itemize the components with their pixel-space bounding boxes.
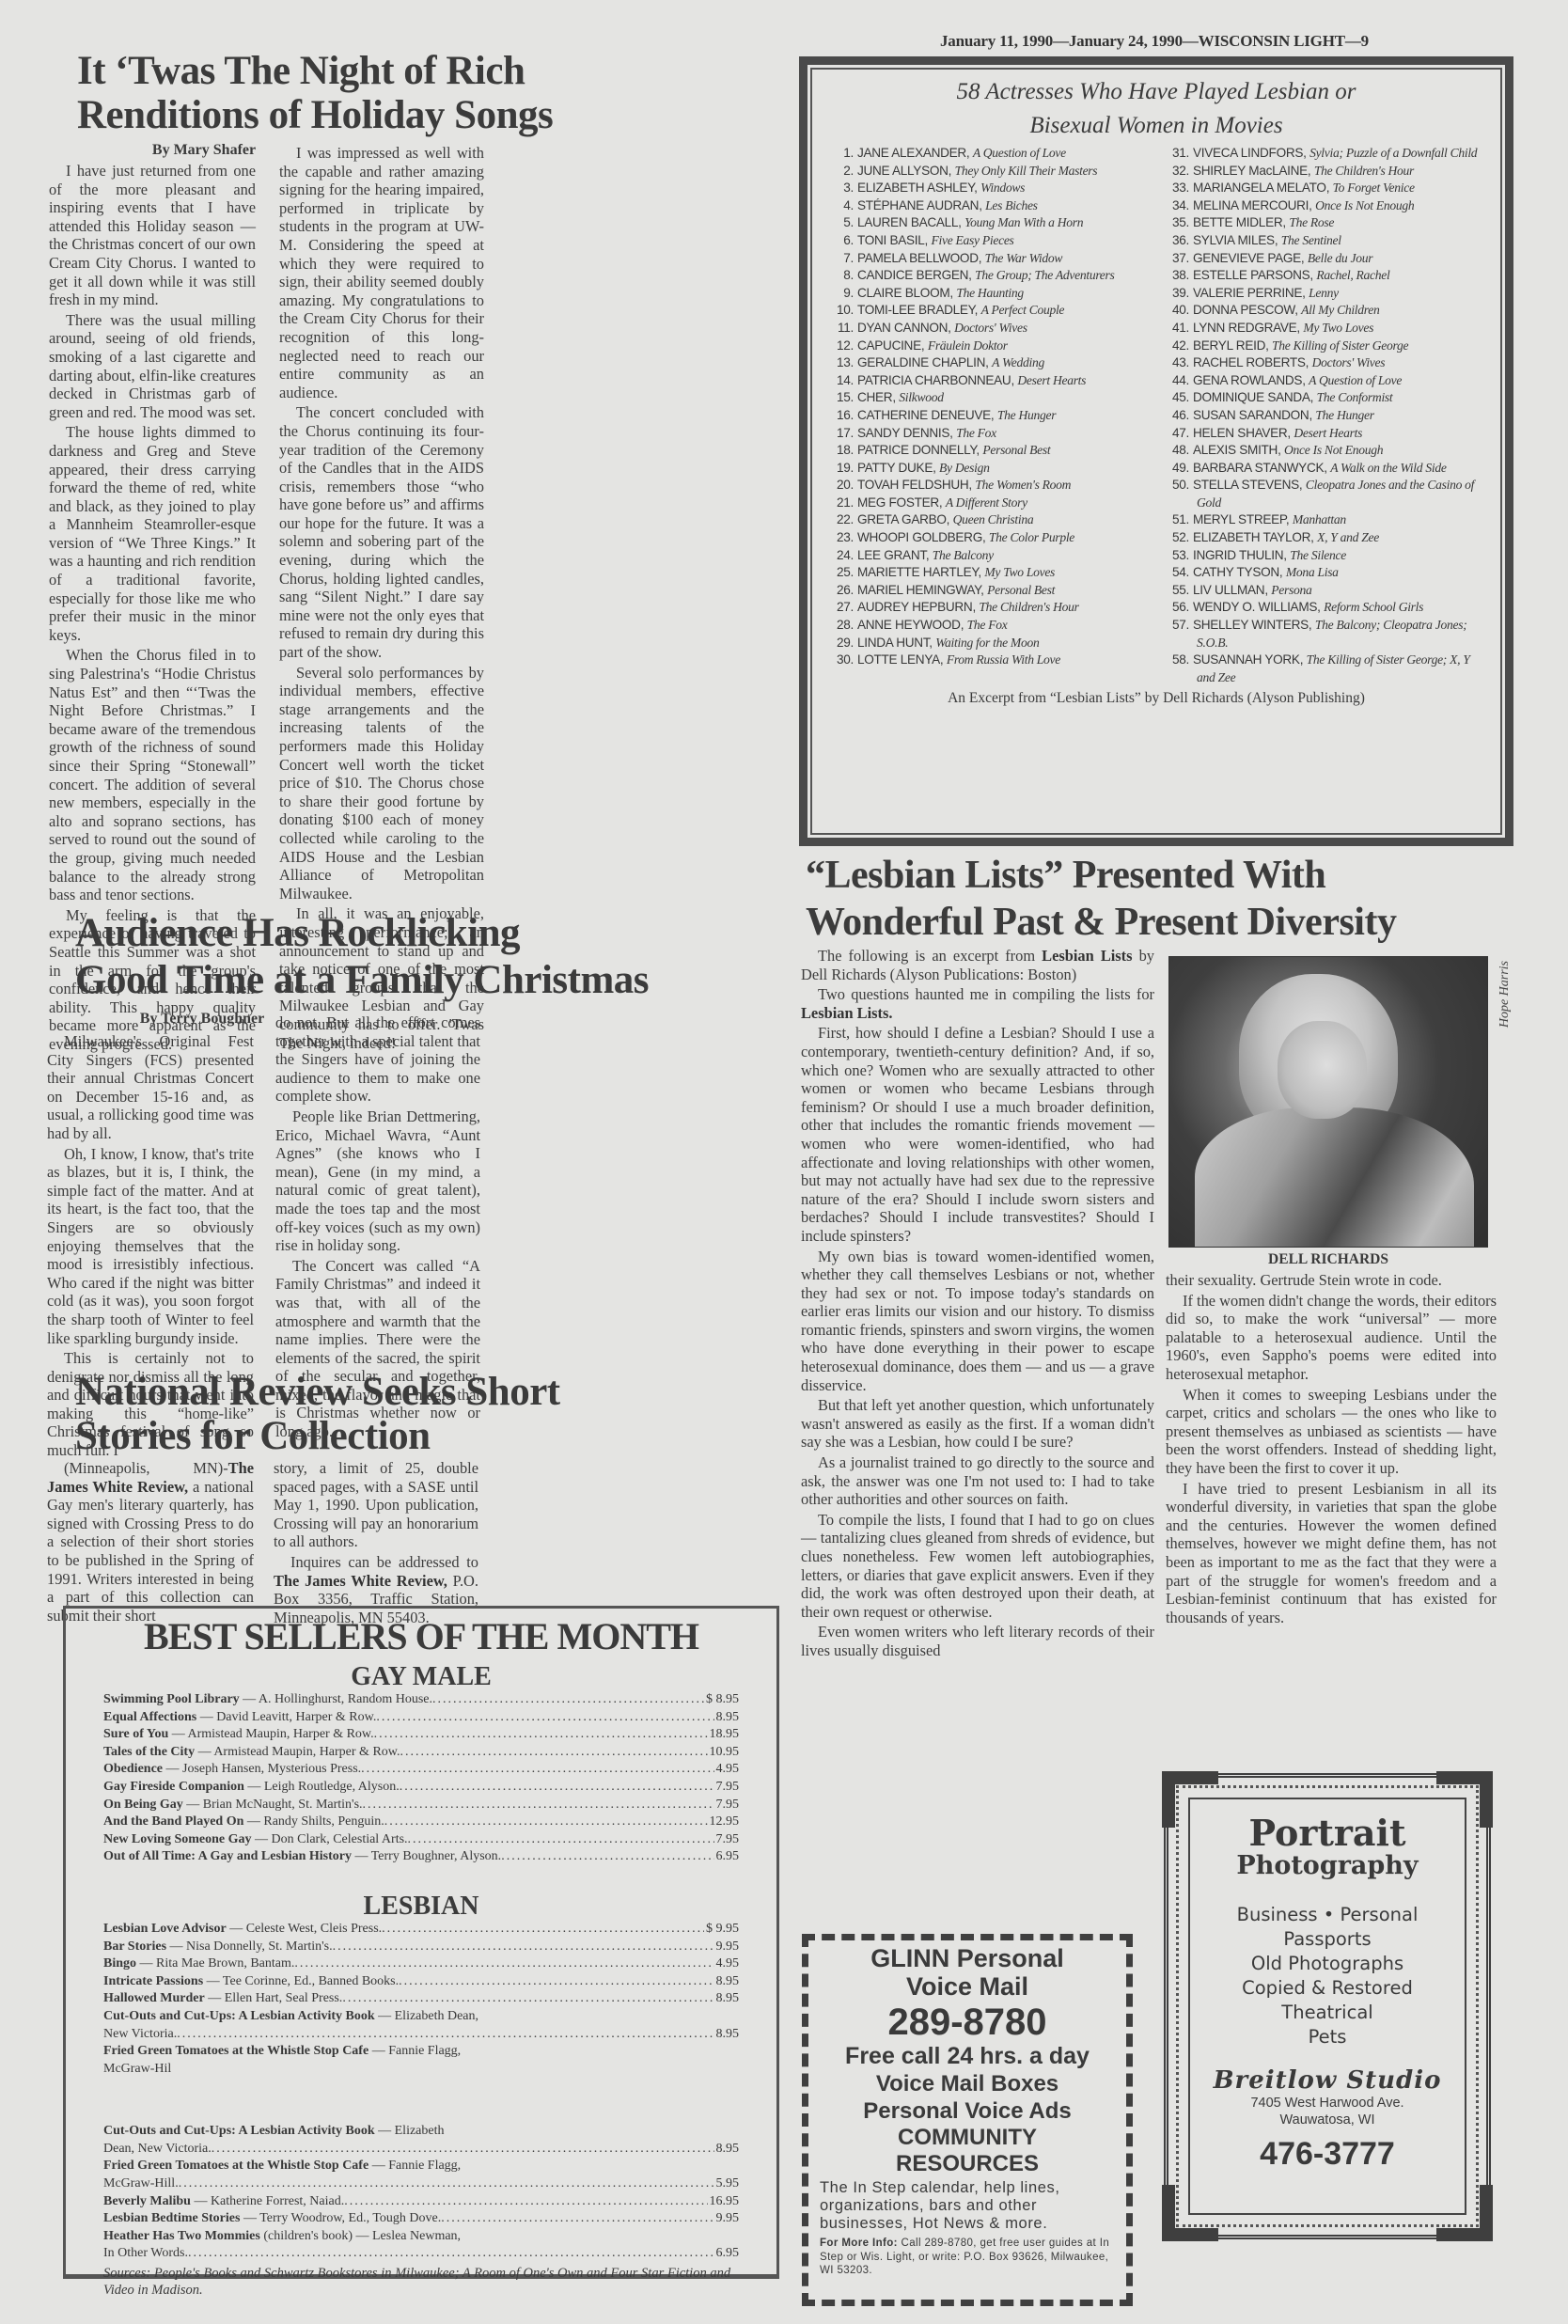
list-item: 38.ESTELLE PARSONS, Rachel, Rachel <box>1161 267 1487 285</box>
service-item: Old Photographs <box>1190 1952 1465 1976</box>
film-title: The Fox <box>956 426 996 440</box>
book-price: $ 8.95 <box>704 1691 739 1709</box>
book-entry: New Loving Someone Gay — Don Clark, Cele… <box>103 1831 408 1849</box>
item-number: 36. <box>1161 232 1193 250</box>
paragraph: As a journalist trained to go directly t… <box>801 1453 1154 1509</box>
book-price: 9.95 <box>714 1939 740 1956</box>
film-title: Sylvia; Puzzle of a Downfall Child <box>1309 146 1477 160</box>
book-row: On Being Gay — Brian McNaught, St. Marti… <box>103 1797 739 1814</box>
film-title: To Forget Venice <box>1333 181 1415 195</box>
film-title: The Haunting <box>956 286 1024 300</box>
leader-dots <box>177 2026 713 2044</box>
ad-title: Portrait <box>1190 1814 1465 1852</box>
leader-dots <box>384 1814 708 1831</box>
film-title: The Hunger <box>997 408 1056 422</box>
book-entry: Obedience — Joseph Hansen, Mysterious Pr… <box>103 1761 361 1779</box>
list-item: 46.SUSAN SARANDON, The Hunger <box>1161 407 1487 425</box>
film-title: The Balcony <box>933 548 994 562</box>
book-entry: Swimming Pool Library — A. Hollinghurst,… <box>103 1691 432 1709</box>
film-title: The Balcony; Cleopatra Jones; S.O.B. <box>1197 618 1466 650</box>
film-title: Les Biches <box>985 198 1038 212</box>
list-item: 33.MARIANGELA MELATO, To Forget Venice <box>1161 180 1487 197</box>
service-item: Business • Personal <box>1190 1903 1465 1927</box>
film-title: Once Is Not Enough <box>1284 443 1383 457</box>
item-number: 12. <box>825 338 857 355</box>
item-number: 45. <box>1161 389 1193 407</box>
service-item: Passports <box>1190 1927 1465 1952</box>
item-number: 54. <box>1161 564 1193 582</box>
list-item: 26.MARIEL HEMINGWAY, Personal Best <box>825 582 1152 600</box>
film-title: Doctors' Wives <box>954 321 1027 335</box>
headline-line: “Lesbian Lists” Presented With <box>806 852 1396 899</box>
item-number: 35. <box>1161 214 1193 232</box>
list-item: 11.DYAN CANNON, Doctors' Wives <box>825 320 1152 338</box>
item-number: 32. <box>1161 163 1193 181</box>
leader-dots <box>333 1939 714 1956</box>
list-item: 5.LAUREN BACALL, Young Man With a Horn <box>825 214 1152 232</box>
item-number: 25. <box>825 564 857 582</box>
film-title: Mona Lisa <box>1286 565 1339 579</box>
film-title: All My Children <box>1301 303 1379 317</box>
headline-audience: Audience Has Rocklicking Good Time at a … <box>75 910 649 1004</box>
item-number: 6. <box>825 232 857 250</box>
item-number: 9. <box>825 285 857 303</box>
book-price: 12.95 <box>708 1814 740 1831</box>
item-number: 20. <box>825 477 857 495</box>
film-title: A Different Story <box>946 495 1027 510</box>
best-sellers-box: BEST SELLERS OF THE MONTH GAY MALE Swimm… <box>63 1606 779 2279</box>
paragraph: I was impressed as well with the capable… <box>279 144 484 401</box>
ad-subtitle: Photography <box>1190 1852 1465 1880</box>
book-price: 7.95 <box>714 1779 740 1797</box>
book-title: And the Band Played On <box>103 1814 243 1829</box>
film-title: My Two Loves <box>1303 321 1373 335</box>
film-title: The Hunger <box>1315 408 1373 422</box>
item-number: 24. <box>825 547 857 565</box>
book-publisher: McGraw-Hill. <box>103 2175 179 2193</box>
item-number: 7. <box>825 250 857 268</box>
list-item: 7.PAMELA BELLWOOD, The War Widow <box>825 250 1152 268</box>
item-number: 29. <box>825 635 857 652</box>
list-item: 40.DONNA PESCOW, All My Children <box>1161 302 1487 320</box>
list-item: 10.TOMI-LEE BRADLEY, A Perfect Couple <box>825 302 1152 320</box>
list-item: 32.SHIRLEY MacLAINE, The Children's Hour <box>1161 163 1487 181</box>
item-number: 27. <box>825 599 857 617</box>
leader-dots <box>400 1779 714 1797</box>
book-entry: Hallowed Murder — Ellen Hart, Seal Press… <box>103 1990 342 2008</box>
book-title: Lesbian Lists <box>1042 947 1132 965</box>
service-item: Copied & Restored <box>1190 1976 1465 2001</box>
film-title: Once Is Not Enough <box>1315 198 1414 212</box>
list-item: 41.LYNN REDGRAVE, My Two Loves <box>1161 320 1487 338</box>
leader-dots <box>342 1990 713 2008</box>
list-item: 16.CATHERINE DENEUVE, The Hunger <box>825 407 1152 425</box>
film-title: A Perfect Couple <box>981 303 1065 317</box>
services-list: Business • PersonalPassportsOld Photogra… <box>1190 1903 1465 2049</box>
book-row: Hallowed Murder — Ellen Hart, Seal Press… <box>103 1990 739 2008</box>
list-item: 50.STELLA STEVENS, Cleopatra Jones and t… <box>1161 477 1487 511</box>
actresses-column-right: 31.VIVECA LINDFORS, Sylvia; Puzzle of a … <box>1161 145 1487 686</box>
film-title: The Fox <box>967 618 1008 632</box>
film-title: Queen Christina <box>953 512 1034 526</box>
film-title: The Group; The Adventurers <box>975 268 1114 282</box>
headline-holiday: It ‘Twas The Night of Rich Renditions of… <box>77 49 553 137</box>
book-entry: Bingo — Rita Mae Brown, Bantam. <box>103 1955 294 1973</box>
book-publisher: In Other Words. <box>103 2245 188 2263</box>
leader-dots <box>408 1831 714 1849</box>
paragraph: When the Chorus filed in to sing Palestr… <box>49 646 256 903</box>
leader-dots <box>212 2141 714 2159</box>
film-title: Personal Best <box>982 443 1050 457</box>
paragraph: First, how should I define a Lesbian? Sh… <box>801 1024 1154 1245</box>
sources-note: Sources: People's Books and Schwartz Boo… <box>103 2265 739 2299</box>
item-number: 13. <box>825 354 857 372</box>
book-price: 8.95 <box>714 1973 740 1991</box>
book-row: Bingo — Rita Mae Brown, Bantam.4.95 <box>103 1955 739 1973</box>
paragraph: The following is an excerpt from Lesbian… <box>801 947 1154 983</box>
film-title: The Color Purple <box>989 530 1074 544</box>
film-title: Windows <box>980 181 1025 195</box>
book-price: 7.95 <box>714 1797 740 1814</box>
film-title: Desert Hearts <box>1017 373 1086 387</box>
book-row: Fried Green Tomatoes at the Whistle Stop… <box>103 2158 739 2175</box>
list-item: 12.CAPUCINE, Fräulein Doktor <box>825 338 1152 355</box>
item-number: 47. <box>1161 425 1193 443</box>
paragraph: My own bias is toward women-identified w… <box>801 1248 1154 1395</box>
paragraph: If the women didn't change the words, th… <box>1166 1292 1497 1384</box>
book-price: $ 9.95 <box>704 1921 739 1939</box>
list-item: 36.SYLVIA MILES, The Sentinel <box>1161 232 1487 250</box>
item-number: 40. <box>1161 302 1193 320</box>
film-title: Silkwood <box>899 390 943 404</box>
book-price: 5.95 <box>714 2175 740 2193</box>
film-title: From Russia With Love <box>947 652 1060 667</box>
item-number: 4. <box>825 197 857 215</box>
list-item: 39.VALERIE PERRINE, Lenny <box>1161 285 1487 303</box>
item-number: 48. <box>1161 442 1193 460</box>
service-item: Pets <box>1190 2025 1465 2049</box>
item-number: 43. <box>1161 354 1193 372</box>
item-number: 5. <box>825 214 857 232</box>
list-item: 58.SUSANNAH YORK, The Killing of Sister … <box>1161 652 1487 686</box>
item-number: 44. <box>1161 372 1193 390</box>
item-number: 1. <box>825 145 857 163</box>
book-title: Lesbian Lists. <box>801 1004 892 1022</box>
book-row: Fried Green Tomatoes at the Whistle Stop… <box>103 2043 739 2061</box>
book-price: 16.95 <box>708 2193 740 2211</box>
book-title: Lesbian Bedtime Stories <box>103 2211 240 2225</box>
item-number: 38. <box>1161 267 1193 285</box>
ad-phone-number: 289-8780 <box>820 2002 1115 2042</box>
portrait-photography-ad: Portrait Photography Business • Personal… <box>1164 1773 1491 2239</box>
item-number: 46. <box>1161 407 1193 425</box>
headline-line: National Review Seeks Short <box>75 1370 560 1414</box>
book-price: 9.95 <box>714 2210 740 2228</box>
leader-dots <box>501 1848 713 1866</box>
book-row: And the Band Played On — Randy Shilts, P… <box>103 1814 739 1831</box>
book-price: 8.95 <box>714 2141 740 2159</box>
item-number: 16. <box>825 407 857 425</box>
film-title: The Killing of Sister George <box>1272 338 1408 353</box>
item-number: 42. <box>1161 338 1193 355</box>
book-row: In Other Words.6.95 <box>103 2245 739 2263</box>
list-item: 24.LEE GRANT, The Balcony <box>825 547 1152 565</box>
book-title: Out of All Time: A Gay and Lesbian Histo… <box>103 1849 352 1863</box>
list-item: 53.INGRID THULIN, The Silence <box>1161 547 1487 565</box>
list-item: 21.MEG FOSTER, A Different Story <box>825 495 1152 512</box>
list-item: 2.JUNE ALLYSON, They Only Kill Their Mas… <box>825 163 1152 181</box>
item-number: 3. <box>825 180 857 197</box>
list-item: 28.ANNE HEYWOOD, The Fox <box>825 617 1152 635</box>
paragraph: their sexuality. Gertrude Stein wrote in… <box>1166 1271 1497 1290</box>
list-item: 45.DOMINIQUE SANDA, The Conformist <box>1161 389 1487 407</box>
item-number: 53. <box>1161 547 1193 565</box>
book-title: Gay Fireside Companion <box>103 1780 244 1794</box>
paragraph: Even women writers who left literary rec… <box>801 1623 1154 1659</box>
list-item: 57.SHELLEY WINTERS, The Balcony; Cleopat… <box>1161 617 1487 652</box>
headline-line: It ‘Twas The Night of Rich <box>77 49 553 93</box>
film-title: The War Widow <box>985 251 1062 265</box>
film-title: Belle du Jour <box>1308 251 1372 265</box>
list-item: 14.PATRICIA CHARBONNEAU, Desert Hearts <box>825 372 1152 390</box>
list-item: 18.PATRICE DONNELLY, Personal Best <box>825 442 1152 460</box>
film-title: They Only Kill Their Masters <box>955 164 1098 178</box>
film-title: A Walk on the Wild Side <box>1330 461 1446 475</box>
film-title: Manhattan <box>1293 512 1346 526</box>
list-item: 8.CANDICE BERGEN, The Group; The Adventu… <box>825 267 1152 285</box>
book-row: Gay Fireside Companion — Leigh Routledge… <box>103 1779 739 1797</box>
article-column: The following is an excerpt from Lesbian… <box>801 947 1154 1662</box>
publication-name: The James White Review, <box>274 1572 447 1590</box>
book-title: Beverly Malibu <box>103 2194 191 2208</box>
item-number: 28. <box>825 617 857 635</box>
item-number: 50. <box>1161 477 1193 495</box>
leader-dots <box>376 1709 713 1727</box>
book-row: Swimming Pool Library — A. Hollinghurst,… <box>103 1691 739 1709</box>
film-title: A Question of Love <box>973 146 1066 160</box>
book-row: Dean, New Victoria.8.95 <box>103 2141 739 2159</box>
book-entry: Lesbian Love Advisor — Celeste West, Cle… <box>103 1921 382 1939</box>
book-title: Intricate Passions <box>103 1974 203 1988</box>
film-title: Desert Hearts <box>1294 426 1362 440</box>
actresses-title: 58 Actresses Who Have Played Lesbian or … <box>825 75 1487 143</box>
book-entry: Bar Stories — Nisa Donnelly, St. Martin'… <box>103 1939 333 1956</box>
list-item: 29.LINDA HUNT, Waiting for the Moon <box>825 635 1152 652</box>
film-title: The Sentinel <box>1281 233 1341 247</box>
item-number: 26. <box>825 582 857 600</box>
leader-dots <box>400 1744 707 1762</box>
book-row: Sure of You — Armistead Maupin, Harper &… <box>103 1726 739 1744</box>
book-publisher: Dean, New Victoria. <box>103 2141 212 2159</box>
film-title: The Children's Hour <box>979 600 1078 614</box>
paragraph: The house lights dimmed to darkness and … <box>49 423 256 644</box>
list-item: 52.ELIZABETH TAYLOR, X, Y and Zee <box>1161 529 1487 547</box>
leader-dots <box>179 2175 714 2193</box>
headline-line: Wonderful Past & Present Diversity <box>806 899 1396 946</box>
leader-dots <box>432 1691 704 1709</box>
item-number: 18. <box>825 442 857 460</box>
book-row: Intricate Passions — Tee Corinne, Ed., B… <box>103 1973 739 1991</box>
leader-dots <box>441 2210 713 2228</box>
film-title: The Rose <box>1289 215 1334 229</box>
section-heading-lesbian: LESBIAN <box>103 1892 739 1921</box>
book-row: Lesbian Bedtime Stories — Terry Woodrow,… <box>103 2210 739 2228</box>
book-row: Obedience — Joseph Hansen, Mysterious Pr… <box>103 1761 739 1779</box>
item-number: 23. <box>825 529 857 547</box>
film-title: My Two Loves <box>984 565 1055 579</box>
photo-caption: DELL RICHARDS <box>1168 1251 1488 1268</box>
leader-dots <box>361 1761 713 1779</box>
paragraph: I have just returned from one of the mor… <box>49 162 256 309</box>
book-title: Cut-Outs and Cut-Ups: A Lesbian Activity… <box>103 2009 375 2023</box>
decorative-corner-icon <box>1436 1771 1493 1828</box>
book-publisher: New Victoria. <box>103 2026 177 2044</box>
book-price: 7.95 <box>714 1831 740 1849</box>
list-item: 23.WHOOPI GOLDBERG, The Color Purple <box>825 529 1152 547</box>
best-sellers-title: BEST SELLERS OF THE MONTH <box>103 1616 739 1657</box>
item-number: 52. <box>1161 529 1193 547</box>
book-price: 8.95 <box>714 1990 740 2008</box>
list-item: 22.GRETA GARBO, Queen Christina <box>825 511 1152 529</box>
paragraph: The concert concluded with the Chorus co… <box>279 403 484 661</box>
headline-line: Stories for Collection <box>75 1414 560 1458</box>
book-entry: Tales of the City — Armistead Maupin, Ha… <box>103 1744 400 1762</box>
book-row: Cut-Outs and Cut-Ups: A Lesbian Activity… <box>103 2123 739 2141</box>
book-title: Bar Stories <box>103 1939 166 1954</box>
book-title: Bingo <box>103 1956 136 1971</box>
film-title: Five Easy Pieces <box>932 233 1014 247</box>
book-price: 8.95 <box>714 1709 740 1727</box>
item-number: 34. <box>1161 197 1193 215</box>
film-title: Fräulein Doktor <box>928 338 1008 353</box>
book-title: Heather Has Two Mommies <box>103 2229 260 2243</box>
film-title: The Women's Room <box>975 478 1071 492</box>
book-title: Hallowed Murder <box>103 1991 205 2005</box>
film-title: Waiting for the Moon <box>935 636 1039 650</box>
author-photo <box>1168 956 1488 1248</box>
film-title: The Killing of Sister George; X, Y and Z… <box>1197 652 1470 684</box>
list-item: 56.WENDY O. WILLIAMS, Reform School Girl… <box>1161 599 1487 617</box>
actresses-list-box: 58 Actresses Who Have Played Lesbian or … <box>799 56 1513 846</box>
film-title: X, Y and Zee <box>1317 530 1379 544</box>
leader-dots <box>188 2245 714 2263</box>
leader-dots <box>374 1726 708 1744</box>
section-heading-gay-male: GAY MALE <box>103 1663 739 1691</box>
book-entry: Lesbian Bedtime Stories — Terry Woodrow,… <box>103 2210 441 2228</box>
film-title: A Question of Love <box>1309 373 1402 387</box>
book-title: Tales of the City <box>103 1745 195 1759</box>
item-number: 41. <box>1161 320 1193 338</box>
list-item: 27.AUDREY HEPBURN, The Children's Hour <box>825 599 1152 617</box>
paragraph: When it comes to sweeping Lesbians under… <box>1166 1386 1497 1478</box>
glinn-voice-mail-ad: GLINN Personal Voice Mail 289-8780 Free … <box>802 1934 1133 2306</box>
item-number: 30. <box>825 652 857 669</box>
list-item: 20.TOVAH FELDSHUH, The Women's Room <box>825 477 1152 495</box>
list-item: 25.MARIETTE HARTLEY, My Two Loves <box>825 564 1152 582</box>
list-item: 43.RACHEL ROBERTS, Doctors' Wives <box>1161 354 1487 372</box>
list-item: 3.ELIZABETH ASHLEY, Windows <box>825 180 1152 197</box>
book-price: 6.95 <box>714 1848 740 1866</box>
item-number: 17. <box>825 425 857 443</box>
book-title: Sure of You <box>103 1727 168 1741</box>
book-entry: Beverly Malibu — Katherine Forrest, Naia… <box>103 2193 344 2211</box>
item-number: 37. <box>1161 250 1193 268</box>
book-entry: Gay Fireside Companion — Leigh Routledge… <box>103 1779 400 1797</box>
item-number: 15. <box>825 389 857 407</box>
film-title: Cleopatra Jones and the Casino of Gold <box>1197 478 1474 510</box>
film-title: Persona <box>1271 583 1311 597</box>
book-entry: Equal Affections — David Leavitt, Harper… <box>103 1709 376 1727</box>
book-title: On Being Gay <box>103 1798 183 1812</box>
list-item: 48.ALEXIS SMITH, Once Is Not Enough <box>1161 442 1487 460</box>
film-title: A Wedding <box>992 355 1044 369</box>
book-price: 4.95 <box>714 1761 740 1779</box>
film-title: The Conformist <box>1317 390 1393 404</box>
decorative-corner-icon <box>1162 1771 1218 1828</box>
list-item: 13.GERALDINE CHAPLIN, A Wedding <box>825 354 1152 372</box>
item-number: 51. <box>1161 511 1193 529</box>
headline-line: Audience Has Rocklicking <box>75 910 649 957</box>
decorative-corner-icon <box>1436 2185 1493 2241</box>
book-list-lesbian: Lesbian Love Advisor — Celeste West, Cle… <box>103 1921 739 2263</box>
book-price: 6.95 <box>714 2245 740 2263</box>
book-title: Obedience <box>103 1762 163 1776</box>
list-item: 47.HELEN SHAVER, Desert Hearts <box>1161 425 1487 443</box>
book-row: Equal Affections — David Leavitt, Harper… <box>103 1709 739 1727</box>
item-number: 22. <box>825 511 857 529</box>
item-number: 8. <box>825 267 857 285</box>
list-item: 17.SANDY DENNIS, The Fox <box>825 425 1152 443</box>
book-title: New Loving Someone Gay <box>103 1832 252 1846</box>
list-item: 6.TONI BASIL, Five Easy Pieces <box>825 232 1152 250</box>
headline-line: Good Time at a Family Christmas <box>75 957 649 1004</box>
leader-dots <box>294 1955 713 1973</box>
book-entry: Out of All Time: A Gay and Lesbian Histo… <box>103 1848 501 1866</box>
book-title: Fried Green Tomatoes at the Whistle Stop… <box>103 2159 368 2173</box>
film-title: The Silence <box>1290 548 1346 562</box>
leader-dots <box>382 1921 704 1939</box>
article-column: their sexuality. Gertrude Stein wrote in… <box>1166 1271 1497 1628</box>
book-row: New Loving Someone Gay — Don Clark, Cele… <box>103 1831 739 1849</box>
leader-dots <box>363 1797 714 1814</box>
book-price: 8.95 <box>714 2026 740 2044</box>
running-head: January 11, 1990—January 24, 1990—WISCON… <box>940 32 1369 51</box>
book-row: McGraw-Hil <box>103 2061 739 2079</box>
book-entry: On Being Gay — Brian McNaught, St. Marti… <box>103 1797 363 1814</box>
item-number: 39. <box>1161 285 1193 303</box>
leader-dots <box>344 2193 707 2211</box>
article-column: (Minneapolis, MN)-The James White Review… <box>47 1459 254 1626</box>
item-number: 58. <box>1161 652 1193 669</box>
film-title: The Children's Hour <box>1314 164 1414 178</box>
book-entry: And the Band Played On — Randy Shilts, P… <box>103 1814 384 1831</box>
book-row: New Victoria.8.95 <box>103 2026 739 2044</box>
book-row: Bar Stories — Nisa Donnelly, St. Martin'… <box>103 1939 739 1956</box>
book-price: 10.95 <box>708 1744 740 1762</box>
studio-name: Breitlow Studio <box>1190 2066 1465 2095</box>
book-row: Heather Has Two Mommies (children's book… <box>103 2228 739 2246</box>
item-number: 33. <box>1161 180 1193 197</box>
book-publisher: McGraw-Hil <box>103 2061 171 2079</box>
item-number: 21. <box>825 495 857 512</box>
book-title: Equal Affections <box>103 1710 196 1724</box>
list-item: 15.CHER, Silkwood <box>825 389 1152 407</box>
book-title: Fried Green Tomatoes at the Whistle Stop… <box>103 2044 368 2058</box>
headline-line: Renditions of Holiday Songs <box>77 93 553 137</box>
book-price: 4.95 <box>714 1955 740 1973</box>
book-row: Lesbian Love Advisor — Celeste West, Cle… <box>103 1921 739 1939</box>
book-row: McGraw-Hill.5.95 <box>103 2175 739 2193</box>
